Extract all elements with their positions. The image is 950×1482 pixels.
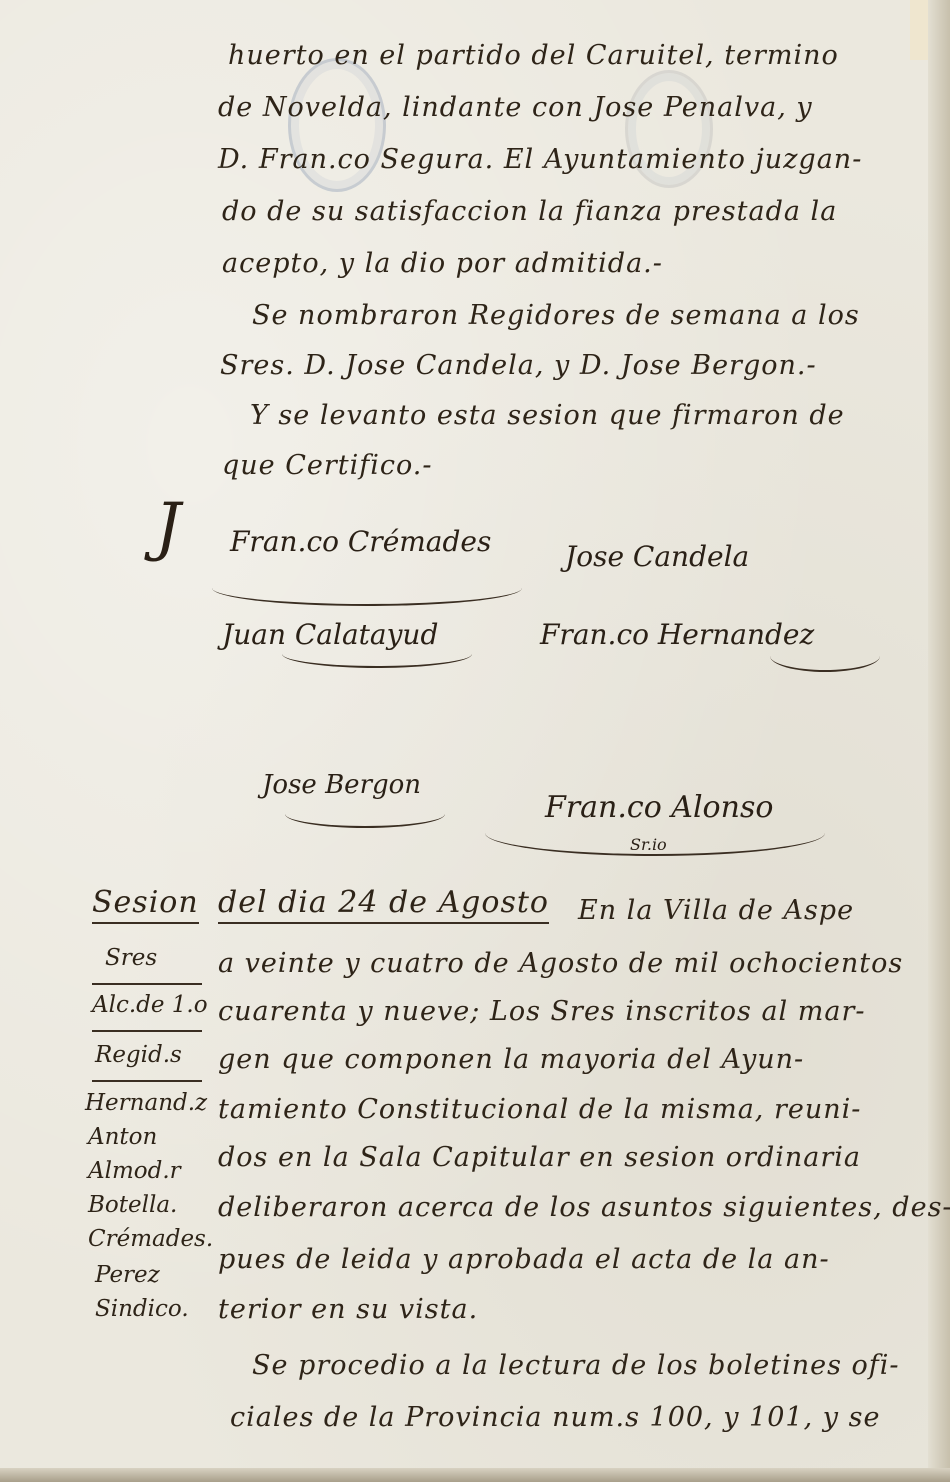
session-title: del dia 24 de Agosto	[218, 885, 549, 924]
signature-candela: Jose Candela	[565, 540, 749, 573]
body-line: ciales de la Provincia num.s 100, y 101,…	[230, 1402, 880, 1433]
signature-flourish	[285, 800, 445, 828]
body-line: Y se levanto esta sesion que firmaron de	[250, 400, 845, 431]
body-line: pues de leida y aprobada el acta de la a…	[218, 1244, 830, 1275]
signature-cremades: Fran.co Crémades	[230, 525, 491, 558]
signature-flourish	[770, 640, 880, 672]
rubric-initial: J	[155, 490, 181, 564]
margin-divider	[92, 1030, 202, 1032]
margin-member: Botella.	[88, 1192, 177, 1218]
signature-secretary-mark: Sr.io	[630, 835, 667, 854]
body-line: dos en la Sala Capitular en sesion ordin…	[218, 1142, 861, 1173]
body-line: gen que componen la mayoria del Ayun-	[218, 1044, 804, 1075]
body-line: a veinte y cuatro de Agosto de mil ochoc…	[218, 948, 903, 979]
margin-divider	[92, 983, 202, 985]
margin-member: Sindico.	[95, 1296, 189, 1322]
body-line: acepto, y la dio por admitida.-	[222, 248, 663, 279]
signature-flourish	[212, 570, 522, 606]
margin-member: Almod.r	[88, 1158, 181, 1184]
signature-bergon: Jose Bergon	[262, 770, 421, 800]
session-margin-title: Sesion	[92, 885, 199, 924]
body-line: do de su satisfaccion la fianza prestada…	[222, 196, 837, 227]
body-line: D. Fran.co Segura. El Ayuntamiento juzga…	[218, 144, 862, 175]
margin-heading-sres: Sres	[105, 945, 157, 971]
margin-member: Crémades.	[88, 1226, 213, 1252]
margin-heading-regidores: Regid.s	[95, 1042, 182, 1068]
margin-member: Anton	[88, 1124, 157, 1150]
body-line: de Novelda, lindante con Jose Penalva, y	[218, 92, 813, 123]
body-line: cuarenta y nueve; Los Sres inscritos al …	[218, 996, 866, 1027]
margin-alcalde: Alc.de 1.o	[92, 992, 208, 1018]
body-line: tamiento Constitucional de la misma, reu…	[218, 1094, 861, 1125]
page-edge-right	[928, 0, 950, 1482]
signature-hernandez: Fran.co Hernandez	[540, 618, 814, 651]
body-line: Sres. D. Jose Candela, y D. Jose Bergon.…	[220, 350, 817, 381]
page-edge-bottom	[0, 1468, 950, 1482]
body-line: deliberaron acerca de los asuntos siguie…	[218, 1192, 950, 1223]
body-line: terior en su vista.	[218, 1294, 478, 1325]
margin-divider	[92, 1080, 202, 1082]
manuscript-page: huerto en el partido del Caruitel, termi…	[0, 0, 950, 1482]
body-line: huerto en el partido del Caruitel, termi…	[228, 40, 839, 71]
margin-member: Hernand.z	[85, 1090, 207, 1116]
signature-flourish	[282, 640, 472, 668]
margin-member: Perez	[95, 1262, 160, 1288]
body-line: En la Villa de Aspe	[578, 895, 854, 926]
body-line: Se nombraron Regidores de semana a los	[252, 300, 860, 331]
body-line: Se procedio a la lectura de los boletine…	[252, 1350, 900, 1381]
body-line: que Certifico.-	[222, 450, 433, 481]
